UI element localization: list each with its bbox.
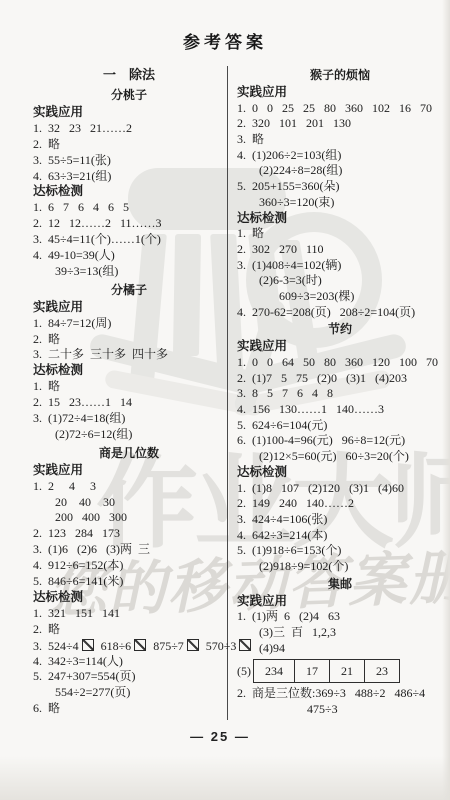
checked-box-icon: [187, 639, 199, 651]
answer-line: (2)224÷8=28(组): [237, 163, 443, 179]
answer-line: 1. 84÷7=12(周): [33, 316, 225, 332]
answer-line: 1. 0 0 64 50 80 360 120 100 70: [237, 355, 443, 371]
lesson-title: 猴子的烦恼: [237, 66, 443, 85]
answer-line: 1. 32 23 21……2: [33, 121, 225, 137]
table-cell: 21: [330, 659, 365, 683]
item-number: (5): [237, 664, 251, 680]
answer-line: 2. 略: [33, 137, 225, 153]
answer-line: 5. 846÷6=141(米): [33, 574, 225, 590]
right-column: 猴子的烦恼实践应用1. 0 0 25 25 80 360 102 16 702.…: [237, 66, 443, 718]
answer-line: 6. (1)100-4=96(元) 96÷8=12(元): [237, 433, 443, 449]
answer-line: 5. 205+155=360(朵): [237, 179, 443, 195]
answer-line: 4. 156 130……1 140……3: [237, 402, 443, 418]
expression: 524÷4: [48, 639, 79, 653]
answer-line: 2. 15 23……1 14: [33, 395, 225, 411]
answer-line: 1. 2 4 3: [33, 479, 225, 495]
section-label: 实践应用: [237, 339, 443, 355]
answer-line: 5. (1)918÷6=153(个): [237, 543, 443, 559]
answer-line: 4. 642÷3=214(本): [237, 528, 443, 544]
answer-line: 200 400 300: [33, 510, 225, 526]
answer-line: 2. 商是三位数:369÷3 488÷2 486÷4: [237, 686, 443, 702]
answer-line: 360÷3=120(束): [237, 195, 443, 211]
expression: 875÷7: [153, 639, 184, 653]
answer-line: (2)72÷6=12(组): [33, 427, 225, 443]
page-number: — 25 —: [140, 729, 300, 744]
answer-line: 20 40 30: [33, 495, 225, 511]
answer-line: 3. (1)408÷4=102(辆): [237, 258, 443, 274]
answer-line: 3. 424÷4=106(张): [237, 512, 443, 528]
checked-box-icon: [134, 639, 146, 651]
answer-line: 2. 123 284 173: [33, 526, 225, 542]
answer-line: 1. (1)8 107 (2)120 (3)1 (4)60: [237, 481, 443, 497]
lesson-title: 分桃子: [33, 85, 225, 105]
answer-line: 5. 624÷6=104(元): [237, 418, 443, 434]
table-cell: 17: [295, 659, 330, 683]
section-label: 实践应用: [33, 300, 225, 316]
answer-line: (2)6-3=3(时): [237, 273, 443, 289]
page-title: 参考答案: [0, 28, 450, 53]
answer-line: 1. 321 151 141: [33, 606, 225, 622]
answer-key-page: 作业大师 您的移动答案册 参考答案 一 除法分桃子实践应用1. 32 23 21…: [0, 0, 450, 800]
answer-table: 234172123: [253, 659, 400, 683]
answer-line: 3. 55÷5=11(张): [33, 153, 225, 169]
answer-line: 2. 149 240 140……2: [237, 496, 443, 512]
lesson-title: 分橘子: [33, 280, 225, 300]
answer-line: 554÷2=277(页): [33, 685, 225, 701]
answer-line: (4)94: [237, 641, 443, 657]
checked-box-icon: [82, 639, 94, 651]
section-label: 达标检测: [33, 184, 225, 200]
scan-shadow-bottom: [0, 756, 450, 800]
answer-line: 3. (1)6 (2)6 (3)两 三: [33, 542, 225, 558]
section-label: 达标检测: [237, 465, 443, 481]
answer-line: 39÷3=13(组): [33, 264, 225, 280]
answer-line: 2. 302 270 110: [237, 242, 443, 258]
answer-line: 3. 8 5 7 6 4 8: [237, 386, 443, 402]
section-label: 达标检测: [33, 363, 225, 379]
section-label: 实践应用: [33, 105, 225, 121]
answer-line: 4. 49-10=39(人): [33, 248, 225, 264]
lesson-title: 节约: [237, 320, 443, 339]
table-cell: 23: [365, 659, 400, 683]
answer-line: 1. (1)两 6 (2)4 63: [237, 609, 443, 625]
item-number: 3.: [33, 639, 48, 653]
answer-line-checkboxes: 3. 524÷4 618÷6 875÷7 570÷3: [33, 638, 225, 654]
answer-line: 3. 略: [237, 132, 443, 148]
answer-line: 3. 45÷4=11(个)……1(个): [33, 232, 225, 248]
section-label: 实践应用: [33, 463, 225, 479]
expression: 570÷3: [206, 639, 237, 653]
answer-line: 475÷3: [237, 702, 443, 718]
answer-line: 4. 342÷3=114(人): [33, 654, 225, 670]
scan-shadow-right: [442, 0, 450, 800]
answer-line: 2. 12 12……2 11……3: [33, 216, 225, 232]
answer-line: 2. 略: [33, 622, 225, 638]
answer-line: 4. 912÷6=152(本): [33, 558, 225, 574]
answer-line: 1. 略: [237, 226, 443, 242]
answer-line: (2)12×5=60(元) 60÷3=20(个): [237, 449, 443, 465]
answer-line: 4. 270-62=208(页) 208÷2=104(页): [237, 305, 443, 321]
answer-line: (3)三 百 1,2,3: [237, 625, 443, 641]
answer-table-row: (5)234172123: [237, 656, 443, 686]
answer-line: 4. 63÷3=21(组): [33, 169, 225, 185]
answer-line: 3. (1)72÷4=18(组): [33, 411, 225, 427]
left-column: 一 除法分桃子实践应用1. 32 23 21……22. 略3. 55÷5=11(…: [33, 64, 225, 717]
answer-line: (2)918÷9=102(个): [237, 559, 443, 575]
answer-line: 2. (1)7 5 75 (2)0 (3)1 (4)203: [237, 371, 443, 387]
answer-line: 1. 略: [33, 379, 225, 395]
answer-line: 2. 略: [33, 332, 225, 348]
section-label: 实践应用: [237, 594, 443, 610]
section-label: 达标检测: [33, 590, 225, 606]
answer-line: 609÷3=203(棵): [237, 289, 443, 305]
answer-line: 6. 略: [33, 701, 225, 717]
table-cell: 234: [253, 659, 295, 683]
lesson-title: 商是几位数: [33, 443, 225, 463]
unit-title: 一 除法: [33, 64, 225, 85]
answer-line: 2. 320 101 201 130: [237, 116, 443, 132]
answer-line: 4. (1)206÷2=103(组): [237, 148, 443, 164]
answer-line: 3. 二十多 三十多 四十多: [33, 347, 225, 363]
section-label: 达标检测: [237, 211, 443, 227]
answer-line: 5. 247+307=554(页): [33, 669, 225, 685]
column-divider: [227, 66, 228, 720]
answer-line: 1. 0 0 25 25 80 360 102 16 70: [237, 101, 443, 117]
section-label: 实践应用: [237, 85, 443, 101]
lesson-title: 集邮: [237, 575, 443, 594]
expression: 618÷6: [101, 639, 132, 653]
answer-line: 1. 6 7 6 4 6 5: [33, 200, 225, 216]
